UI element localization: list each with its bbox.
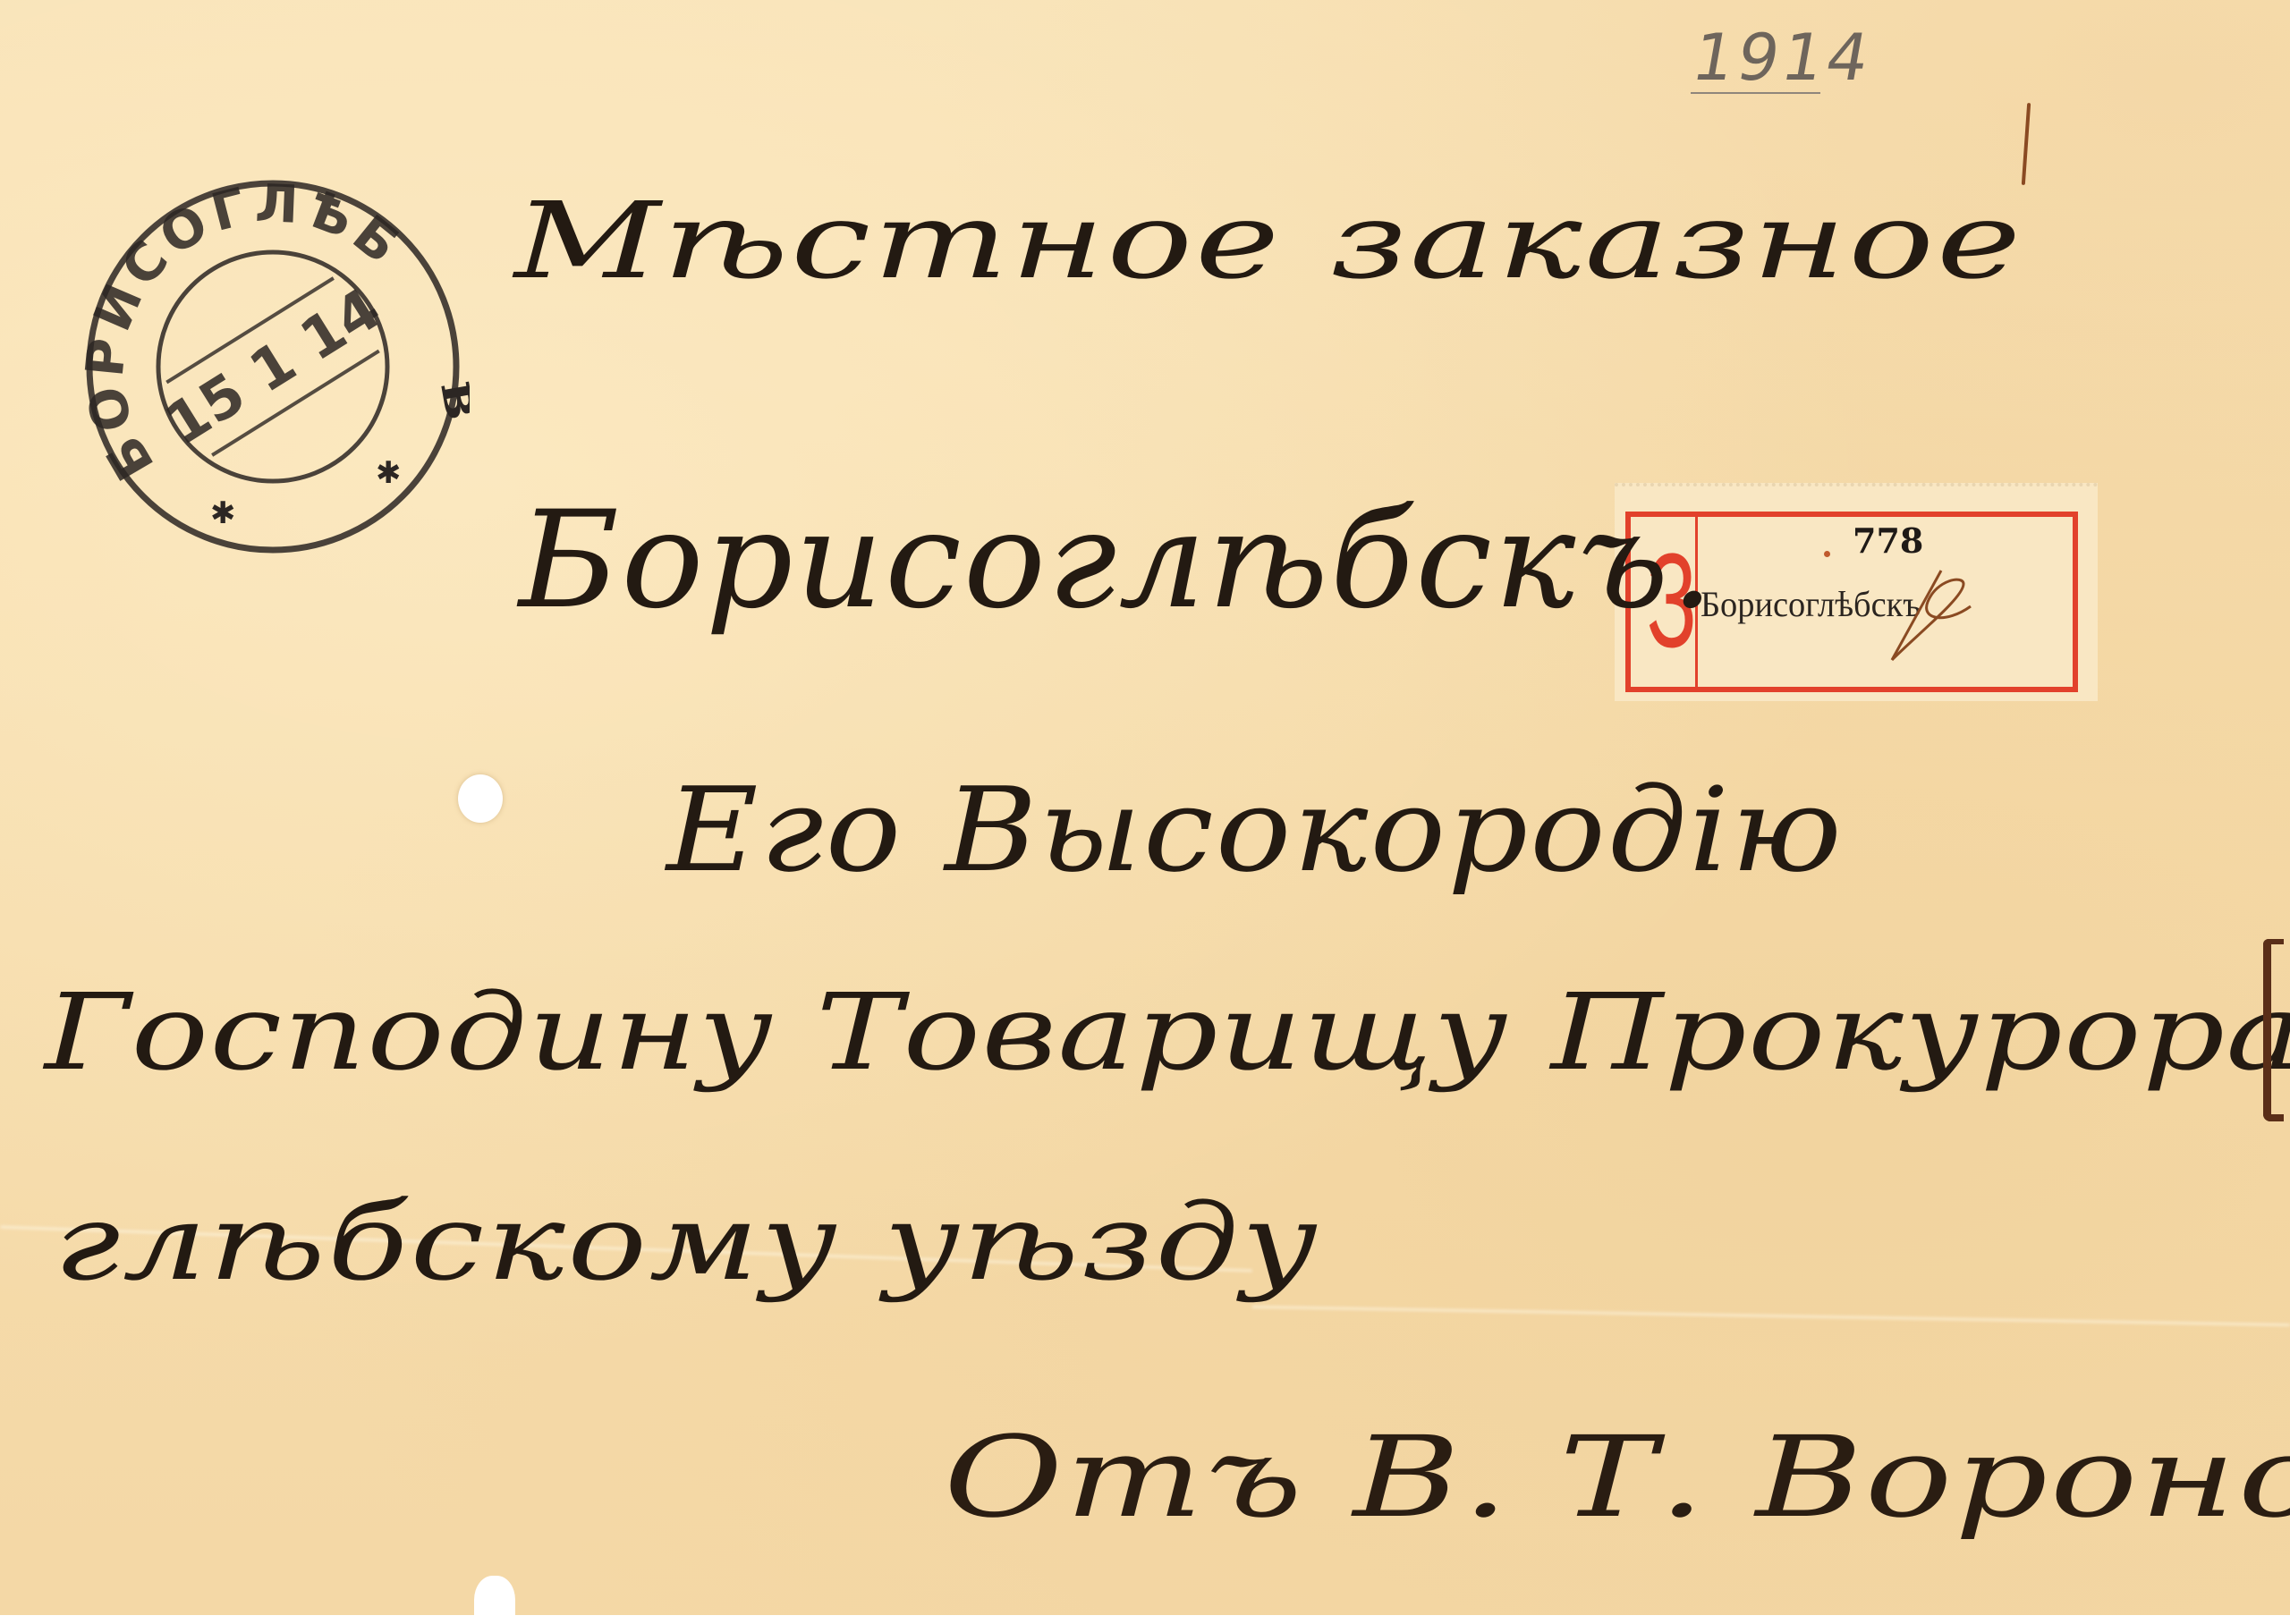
postmark-series-letter: в: [428, 376, 470, 423]
handwritten-service-line: Мѣстное заказное: [514, 179, 2023, 302]
punch-hole: [458, 774, 503, 823]
handwritten-addressee-line-2: глѣбскому уѣзду: [54, 1180, 1320, 1304]
star-icon: ✱: [210, 495, 236, 531]
pencil-year-note: 1914: [1687, 20, 1879, 95]
ink-bracket-mark: [2263, 939, 2284, 1121]
handwritten-fraction-mark: [1865, 562, 1972, 669]
handwritten-honorific: Его Высокородію: [666, 762, 1844, 898]
pencil-underline: [1691, 92, 1820, 94]
postmark-cancel: 15 1 14 БОРИСОГЛѢБСКЪ в ✱ ✱: [76, 170, 470, 563]
registration-dot: [1824, 551, 1830, 557]
handwritten-sender: Отъ В. Т. Воронова: [944, 1413, 2290, 1543]
registration-number: 778: [1853, 520, 1923, 561]
handwritten-addressee-line-1: Господину Товарищу Прокурора по Борисо-: [45, 970, 2290, 1094]
handwritten-destination-town: Борисоглѣбскъ.: [519, 483, 1716, 639]
torn-notch: [474, 1576, 515, 1624]
star-icon: ✱: [376, 455, 402, 491]
postmark-date-bar: 15 1 14: [148, 266, 396, 466]
